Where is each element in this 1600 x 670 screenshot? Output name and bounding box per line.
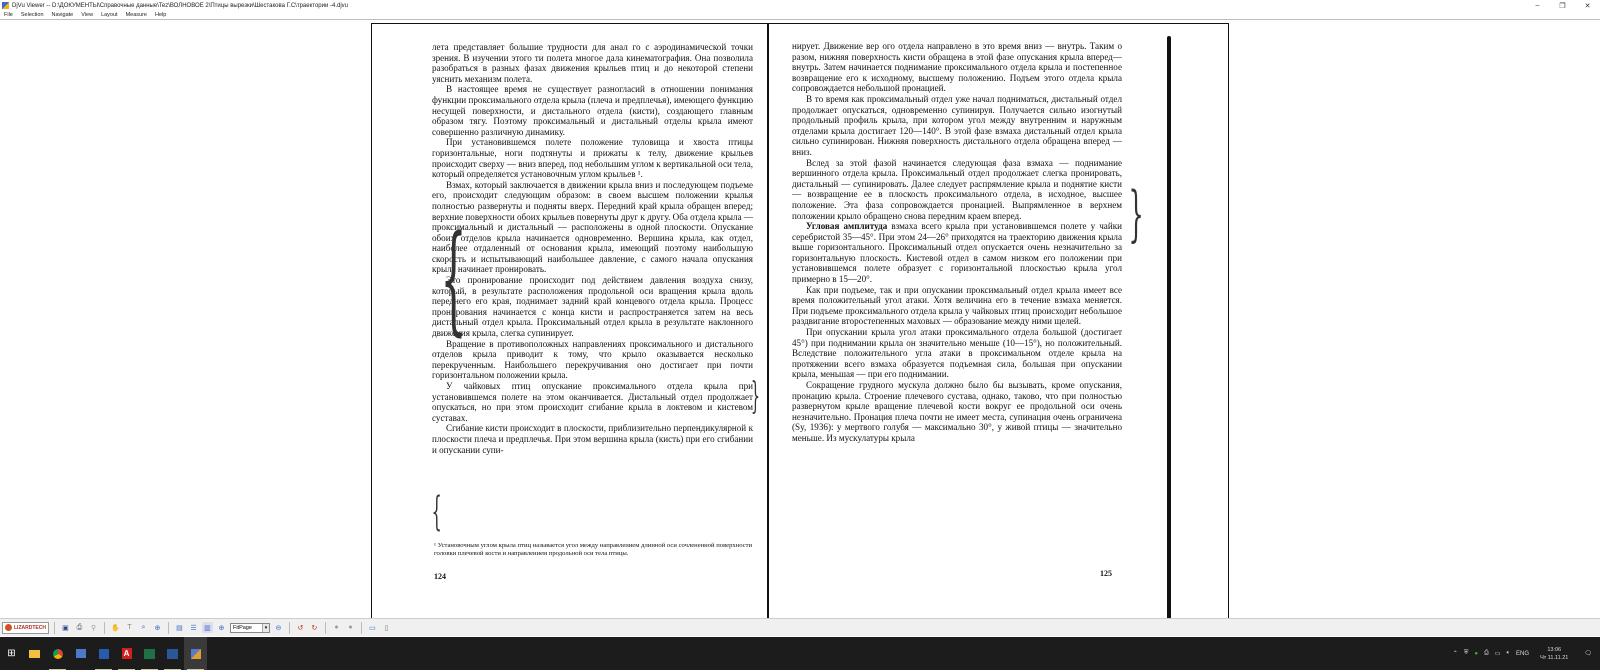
- window-controls: – ❐ ✕: [1525, 0, 1600, 11]
- left-page-text: лета представляет большие трудности для …: [432, 42, 753, 455]
- zoom-out-icon[interactable]: ⊖: [273, 622, 284, 633]
- paragraph: В то время как проксимальный отдел уже н…: [792, 94, 1122, 158]
- djvu-icon: [191, 649, 201, 659]
- paragraph: Сокращение грудного мускула должно было …: [792, 380, 1122, 444]
- page-edge-shadow: [1167, 36, 1171, 626]
- close-button[interactable]: ✕: [1575, 0, 1600, 11]
- paragraph: Угловая амплитуда взмаха всего крыла при…: [792, 221, 1122, 285]
- volume-icon[interactable]: 🔈︎: [1503, 650, 1513, 657]
- language-indicator[interactable]: ENG: [1513, 651, 1532, 657]
- window-title: DjVu Viewer -- D:\ДОКУМЕНТЫ\Справочные д…: [12, 3, 348, 9]
- djvu-viewer-window: DjVu Viewer -- D:\ДОКУМЕНТЫ\Справочные д…: [0, 0, 1600, 637]
- zoom-in-icon[interactable]: ⊕: [216, 622, 227, 633]
- two-page-icon[interactable]: ▥: [202, 622, 213, 633]
- taskbar-excel[interactable]: [138, 637, 161, 670]
- document-page: лета представляет большие трудности для …: [371, 23, 1229, 631]
- notifications-icon[interactable]: 🗨︎: [1576, 650, 1600, 657]
- maximize-button[interactable]: ❐: [1550, 0, 1575, 11]
- excel-icon: [144, 649, 155, 659]
- windows-taskbar: ⊞ A: [0, 637, 1600, 670]
- save-icon[interactable]: ▣: [60, 622, 71, 633]
- chevron-up-icon[interactable]: ⌃: [1450, 650, 1461, 657]
- continuous-icon[interactable]: ☰: [188, 622, 199, 633]
- margin-brace-mark: {: [440, 219, 466, 337]
- clock-date: Чт 11.11.21: [1540, 654, 1568, 662]
- folder-icon: [29, 650, 40, 658]
- remote-desktop-icon: [76, 649, 86, 658]
- title-bar: DjVu Viewer -- D:\ДОКУМЕНТЫ\Справочные д…: [0, 0, 1600, 11]
- menu-help[interactable]: Help: [151, 12, 170, 18]
- app-icon: [2, 2, 9, 9]
- minimize-button[interactable]: –: [1525, 0, 1550, 11]
- paragraph: В настоящее время не существует разногла…: [432, 84, 753, 137]
- taskbar-chrome[interactable]: [46, 637, 69, 670]
- bottom-toolbar: LIZARDTECH ▣ ⎙ ⚲ ✋ T ⌕ ⊕ ▤ ☰ ▥ ⊕ FitPage…: [0, 618, 1600, 636]
- page-spine: [766, 24, 772, 631]
- start-button[interactable]: ⊞: [0, 637, 23, 670]
- acrobat-icon: A: [122, 648, 132, 659]
- find-icon[interactable]: ⚲: [88, 622, 99, 633]
- thumbnails-icon[interactable]: ▭: [367, 622, 378, 633]
- menu-view[interactable]: View: [77, 12, 97, 18]
- document-viewport[interactable]: лета представляет большие трудности для …: [0, 20, 1600, 632]
- paragraph: Вслед за этой фазой начинается следующая…: [792, 158, 1122, 222]
- paragraph: Взмах, который заключается в движении кр…: [432, 180, 753, 275]
- paragraph: У чайковых птиц опускание проксимального…: [432, 381, 753, 423]
- menu-navigate[interactable]: Navigate: [48, 12, 78, 18]
- rotate-right-icon[interactable]: ↻: [309, 622, 320, 633]
- zoom-level-select[interactable]: FitPage▾: [230, 623, 270, 633]
- paragraph: нирует. Движение вер ого отдела направле…: [792, 41, 1122, 94]
- taskbar-save-app[interactable]: [92, 637, 115, 670]
- margin-brace-mark: }: [751, 379, 760, 415]
- network-icon[interactable]: ▭: [1492, 650, 1504, 657]
- paragraph: При опускании крыла угол атаки проксимал…: [792, 327, 1122, 380]
- clock-time: 13:06: [1540, 646, 1568, 654]
- zoom-tool-icon[interactable]: ⌕: [138, 622, 149, 633]
- single-page-icon[interactable]: ▤: [174, 622, 185, 633]
- paragraph: Вращение в противоположных направлениях …: [432, 339, 753, 381]
- clock[interactable]: 13:06 Чт 11.11.21: [1532, 646, 1576, 662]
- lizardtech-logo[interactable]: LIZARDTECH: [2, 622, 49, 634]
- network-status-icon[interactable]: ●: [1471, 651, 1481, 657]
- taskbar-word[interactable]: [161, 637, 184, 670]
- printer-icon[interactable]: ⎙: [1481, 650, 1492, 657]
- back-icon[interactable]: ●: [331, 622, 342, 633]
- taskbar-remote-desktop[interactable]: [69, 637, 92, 670]
- menu-layout[interactable]: Layout: [97, 12, 122, 18]
- forward-icon[interactable]: ●: [345, 622, 356, 633]
- paragraph: Сгибание кисти происходит в плоскости, п…: [432, 423, 753, 455]
- chrome-icon: [53, 649, 63, 659]
- right-page-text: нирует. Движение вер ого отдела направле…: [792, 41, 1122, 444]
- menu-selection[interactable]: Selection: [17, 12, 48, 18]
- menu-bar: File Selection Navigate View Layout Meas…: [0, 11, 1600, 20]
- paragraph: Как при подъеме, так и при опускании про…: [792, 285, 1122, 327]
- system-tray: ⌃ ⛨ ● ⎙ ▭ 🔈︎ ENG 13:06 Чт 11.11.21 🗨︎: [1450, 637, 1600, 670]
- page-number-left: 124: [434, 572, 446, 581]
- text-select-icon[interactable]: T: [124, 622, 135, 633]
- taskbar-acrobat[interactable]: A: [115, 637, 138, 670]
- margin-brace-mark: {: [432, 492, 442, 532]
- page-number-right: 125: [1100, 569, 1112, 578]
- security-icon[interactable]: ⛨: [1461, 650, 1472, 657]
- rotate-left-icon[interactable]: ↺: [295, 622, 306, 633]
- footnote: ¹ Установочным углом крыла птиц называет…: [434, 542, 752, 558]
- paragraph: Это пронирование происходит под действие…: [432, 275, 753, 339]
- hand-tool-icon[interactable]: ✋: [110, 622, 121, 633]
- taskbar-djvu-viewer[interactable]: [184, 637, 207, 670]
- bold-term: Угловая амплитуда: [806, 221, 887, 231]
- floppy-icon: [99, 649, 109, 659]
- print-icon[interactable]: ⎙: [74, 622, 85, 633]
- magnify-icon[interactable]: ⊕: [152, 622, 163, 633]
- menu-file[interactable]: File: [0, 12, 17, 18]
- word-icon: [167, 649, 178, 659]
- margin-brace-mark: }: [1128, 184, 1143, 244]
- menu-measure[interactable]: Measure: [122, 12, 151, 18]
- bookmark-icon[interactable]: ▯: [381, 622, 392, 633]
- paragraph: При установившемся полете положение туло…: [432, 137, 753, 179]
- taskbar-file-explorer[interactable]: [23, 637, 46, 670]
- paragraph: лета представляет большие трудности для …: [432, 42, 753, 84]
